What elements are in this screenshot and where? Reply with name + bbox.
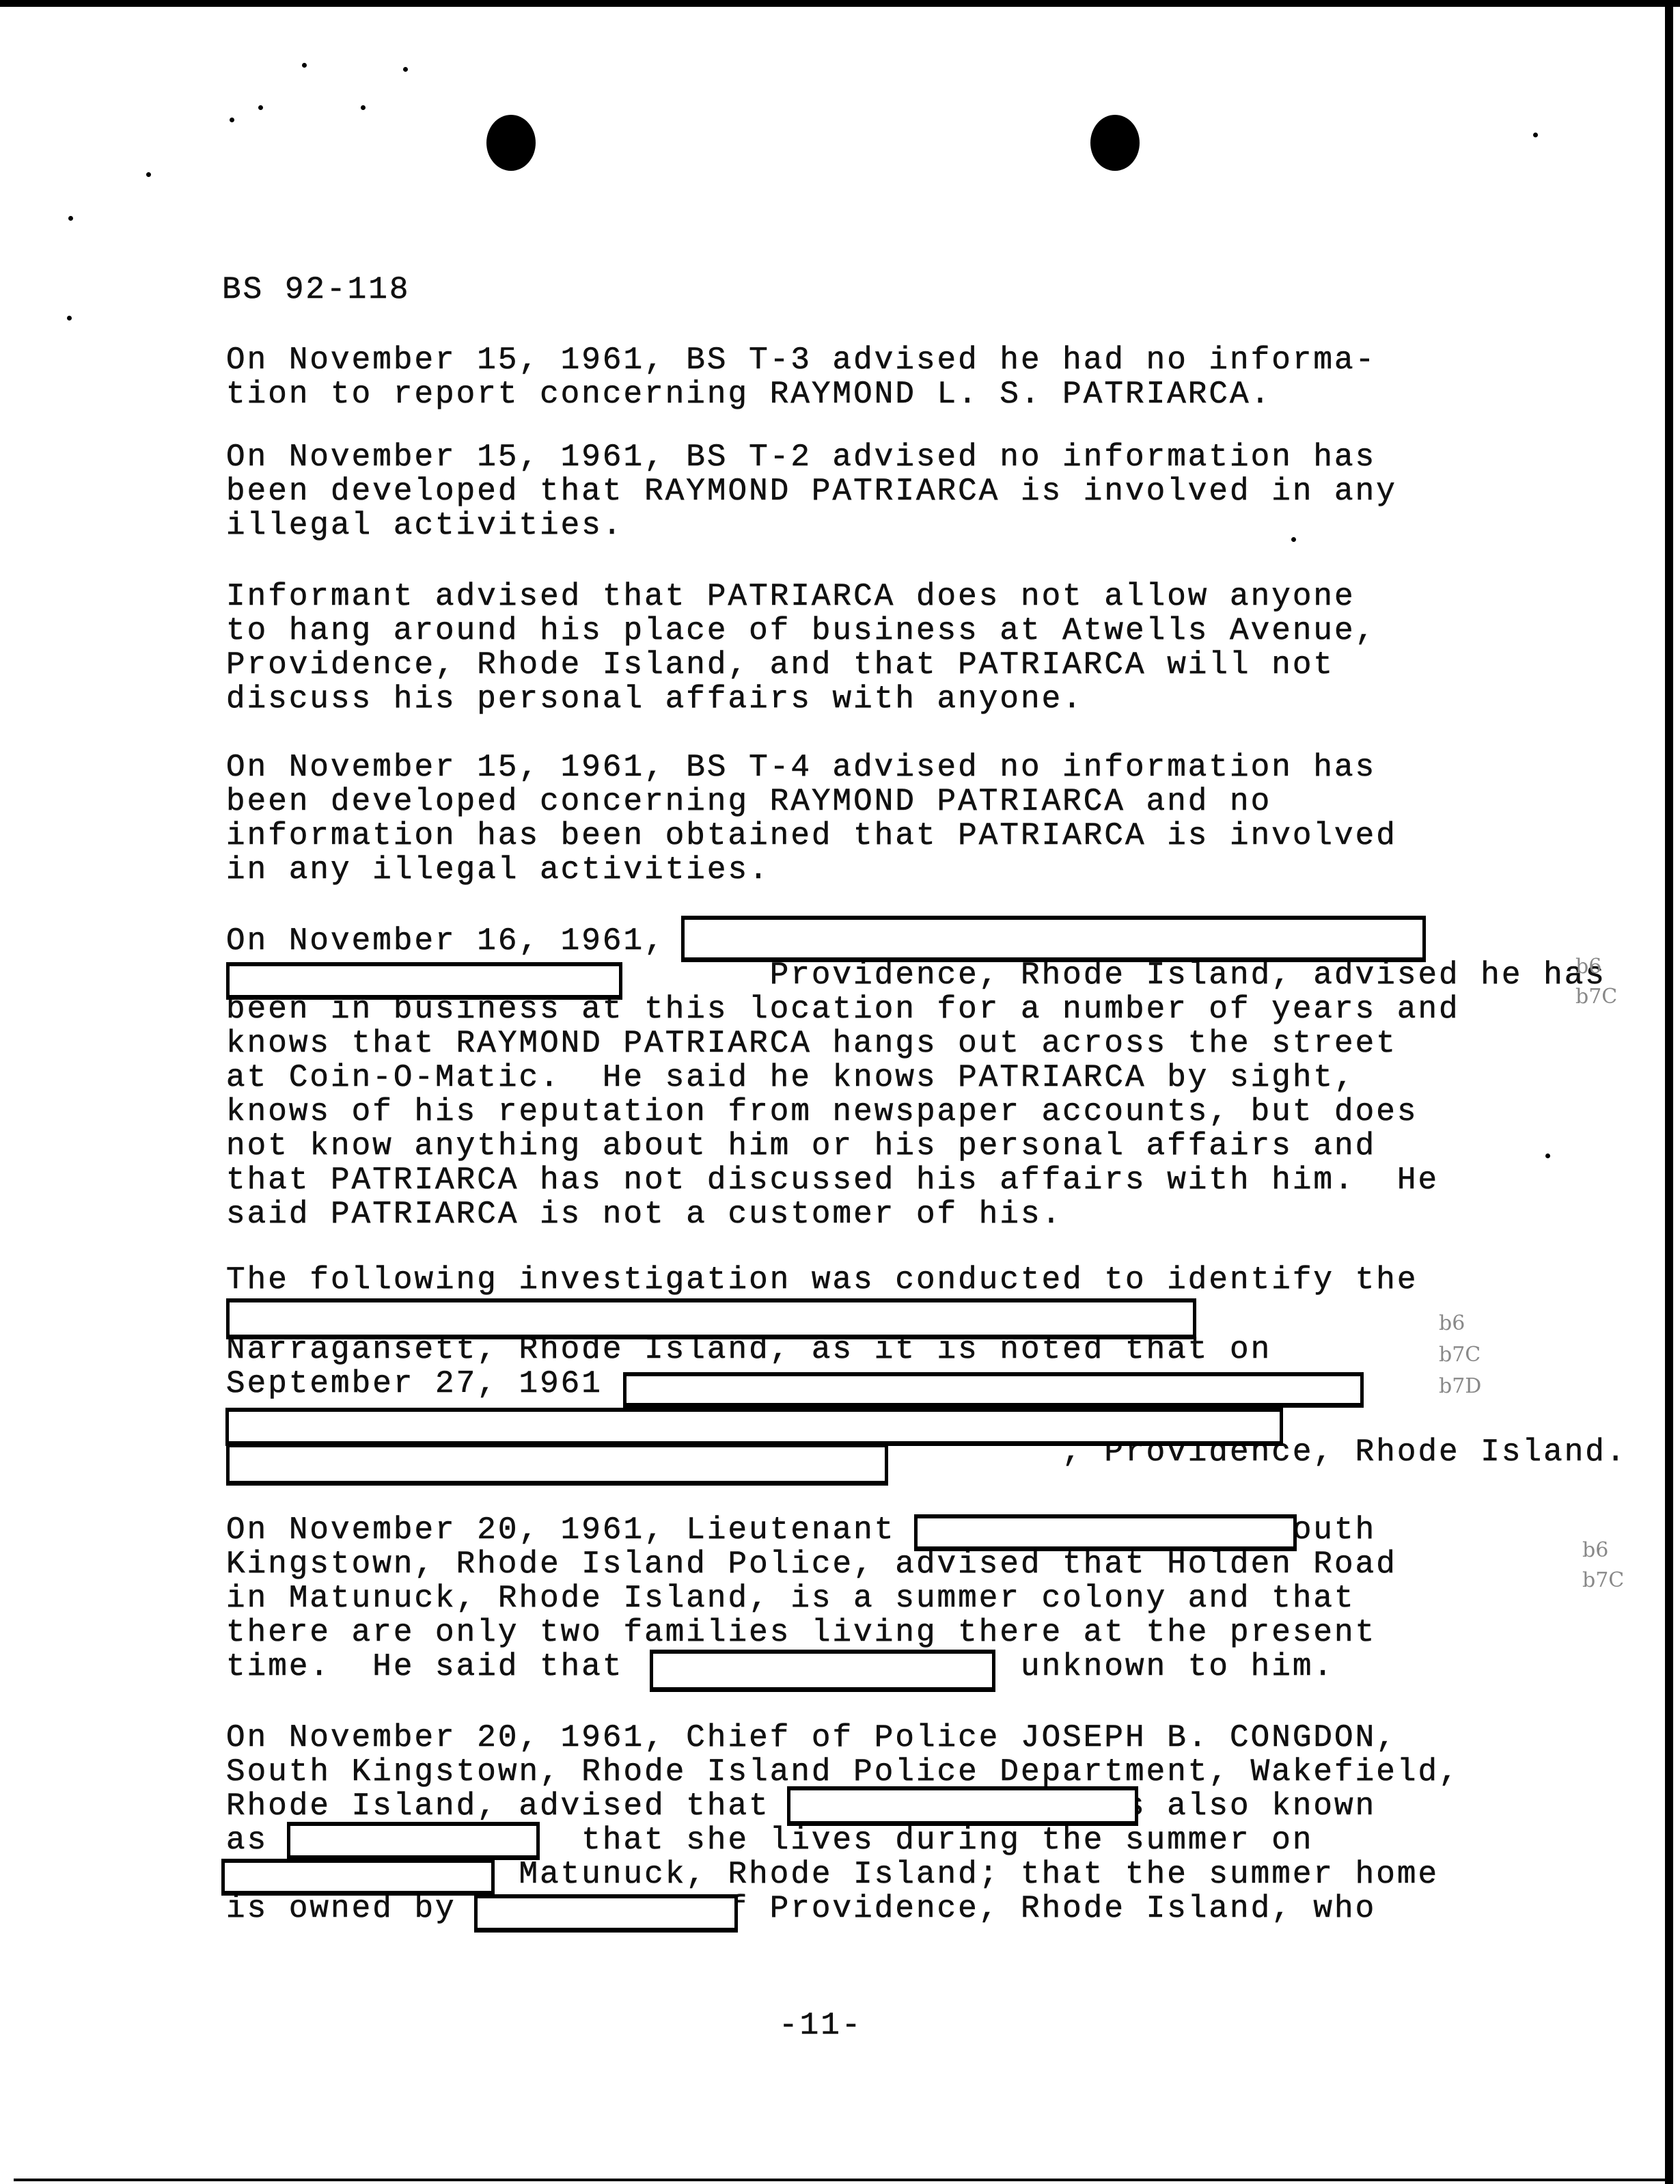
paragraph-2-line: illegal activities. (226, 508, 624, 543)
exemption-label: b7C (1582, 1565, 1624, 1596)
paragraph-5-line: at Coin-O-Matic. He said he knows PATRIA… (226, 1061, 1355, 1095)
scan-border-top (0, 0, 1680, 7)
paragraph-8-line: South Kingstown, Rhode Island Police Dep… (226, 1755, 1460, 1789)
exemption-label: b7D (1439, 1371, 1481, 1402)
punch-hole-icon (1090, 115, 1140, 171)
redaction-box (787, 1786, 1138, 1826)
redaction-box (226, 962, 622, 1000)
paragraph-7-line: there are only two families living there… (226, 1615, 1376, 1650)
paragraph-1-line: On November 15, 1961, BS T-3 advised he … (226, 343, 1376, 377)
exemption-label: b7C (1575, 981, 1617, 1013)
paragraph-3-line: discuss his personal affairs with anyone… (226, 682, 1084, 716)
scan-speck (1533, 133, 1538, 137)
paragraph-5-line: knows that RAYMOND PATRIARCA hangs out a… (226, 1026, 1397, 1061)
redaction-box (226, 1443, 888, 1486)
paragraph-5-line: knows of his reputation from newspaper a… (226, 1095, 1418, 1129)
redaction-box (914, 1514, 1297, 1551)
paragraph-5-line: not know anything about him or his perso… (226, 1129, 1376, 1163)
paragraph-3-line: Providence, Rhode Island, and that PATRI… (226, 648, 1334, 682)
paragraph-3-line: to hang around his place of business at … (226, 614, 1376, 648)
paragraph-5-line: that PATRIARCA has not discussed his aff… (226, 1163, 1439, 1197)
paragraph-4-line: been developed concerning RAYMOND PATRIA… (226, 784, 1271, 819)
exemption-label: b6 (1439, 1308, 1465, 1339)
punch-hole-icon (486, 115, 536, 171)
paragraph-3-line: Informant advised that PATRIARCA does no… (226, 579, 1355, 614)
paragraph-4-line: in any illegal activities. (226, 853, 770, 887)
paragraph-8-line: On November 20, 1961, Chief of Police JO… (226, 1721, 1397, 1755)
redaction-box (226, 1298, 1196, 1339)
scan-border-right (1665, 0, 1673, 2184)
paragraph-2-line: been developed that RAYMOND PATRIARCA is… (226, 474, 1397, 508)
redaction-box (623, 1372, 1364, 1408)
scan-speck (302, 63, 307, 68)
scan-border-bottom (14, 2179, 1667, 2181)
paragraph-6-line: September 27, 1961 (226, 1367, 603, 1401)
paragraph-1-line: tion to report concerning RAYMOND L. S. … (226, 377, 1271, 411)
scan-speck (1291, 537, 1296, 542)
paragraph-4-line: information has been obtained that PATRI… (226, 819, 1397, 853)
paragraph-7-line: in Matunuck, Rhode Island, is a summer c… (226, 1581, 1355, 1615)
paragraph-5-line: On November 16, 1961, (226, 924, 665, 958)
paragraph-4-line: On November 15, 1961, BS T-4 advised no … (226, 750, 1376, 784)
exemption-label: b6 (1575, 951, 1601, 983)
exemption-label: b7C (1439, 1339, 1481, 1371)
scan-speck (230, 118, 234, 122)
paragraph-8-line: is owned by of Providence, Rhode Island,… (226, 1892, 1376, 1926)
scan-speck (146, 172, 151, 177)
scan-speck (403, 67, 408, 72)
scan-speck (68, 216, 73, 221)
paragraph-5-line: said PATRIARCA is not a customer of his. (226, 1197, 1062, 1231)
redaction-box (287, 1822, 540, 1860)
scan-speck (67, 316, 72, 320)
file-number: BS 92-118 (222, 272, 410, 308)
redaction-box (650, 1650, 995, 1692)
redaction-box (221, 1859, 495, 1896)
paragraph-7-line: Kingstown, Rhode Island Police, advised … (226, 1547, 1397, 1581)
redaction-box (681, 916, 1426, 962)
scan-speck (258, 105, 263, 110)
document-page: BS 92-118 On November 15, 1961, BS T-3 a… (0, 0, 1680, 2184)
scan-speck (1545, 1154, 1550, 1158)
redaction-box (225, 1408, 1283, 1446)
paragraph-6-line: The following investigation was conducte… (226, 1263, 1418, 1297)
page-number: -11- (779, 2008, 862, 2043)
redaction-box (474, 1894, 738, 1933)
scan-speck (361, 105, 366, 110)
exemption-label: b6 (1582, 1535, 1608, 1566)
paragraph-2-line: On November 15, 1961, BS T-2 advised no … (226, 440, 1376, 474)
